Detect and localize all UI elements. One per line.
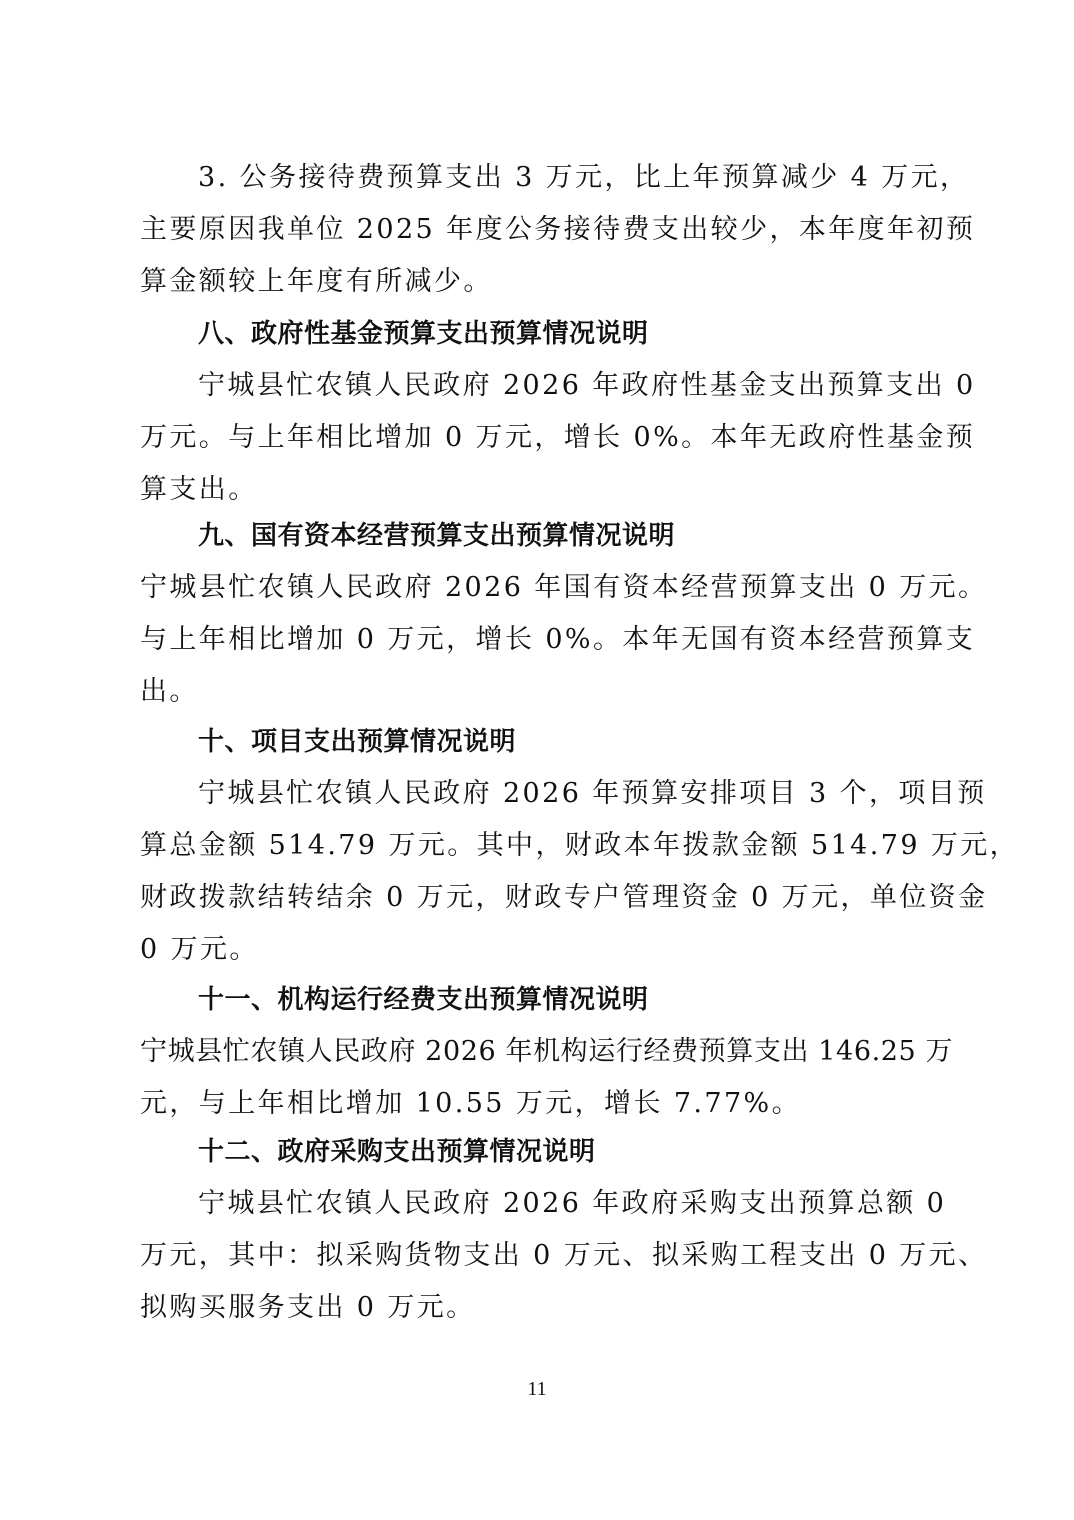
paragraph-line: 宁城县忙农镇人民政府 2026 年国有资本经营预算支出 0 万元。: [140, 570, 937, 606]
page-number: 11: [0, 1378, 1074, 1401]
paragraph-line: 主要原因我单位 2025 年度公务接待费支出较少，本年度年初预: [140, 212, 937, 248]
paragraph-line: 万元。与上年相比增加 0 万元，增长 0%。本年无政府性基金预: [140, 420, 937, 456]
section-heading: 十、项目支出预算情况说明: [198, 724, 516, 760]
paragraph-line: 万元，其中：拟采购货物支出 0 万元、拟采购工程支出 0 万元、: [140, 1238, 937, 1274]
section-heading: 八、政府性基金预算支出预算情况说明: [198, 316, 649, 352]
paragraph-line: 元，与上年相比增加 10.55 万元，增长 7.77%。: [140, 1086, 801, 1122]
paragraph-line: 宁城县忙农镇人民政府 2026 年机构运行经费预算支出 146.25 万: [140, 1034, 937, 1070]
paragraph-line: 与上年相比增加 0 万元，增长 0%。本年无国有资本经营预算支: [140, 622, 937, 658]
paragraph-line: 宁城县忙农镇人民政府 2026 年政府性基金支出预算支出 0: [198, 368, 937, 404]
paragraph-line: 出。: [140, 674, 199, 710]
paragraph-line: 宁城县忙农镇人民政府 2026 年政府采购支出预算总额 0: [198, 1186, 937, 1222]
section-heading: 十二、政府采购支出预算情况说明: [198, 1134, 596, 1170]
paragraph-line: 算总金额 514.79 万元。其中，财政本年拨款金额 514.79 万元，: [140, 828, 937, 864]
paragraph-line: 算金额较上年度有所减少。: [140, 264, 493, 300]
paragraph-line: 算支出。: [140, 472, 258, 508]
paragraph-line: 拟购买服务支出 0 万元。: [140, 1290, 476, 1326]
paragraph-line: 3. 公务接待费预算支出 3 万元，比上年预算减少 4 万元，: [198, 160, 937, 196]
paragraph-line: 财政拨款结转结余 0 万元，财政专户管理资金 0 万元，单位资金: [140, 880, 937, 916]
paragraph-line: 0 万元。: [140, 932, 259, 968]
section-heading: 九、国有资本经营预算支出预算情况说明: [198, 518, 675, 554]
paragraph-line: 宁城县忙农镇人民政府 2026 年预算安排项目 3 个，项目预: [198, 776, 937, 812]
section-heading: 十一、机构运行经费支出预算情况说明: [198, 982, 649, 1018]
